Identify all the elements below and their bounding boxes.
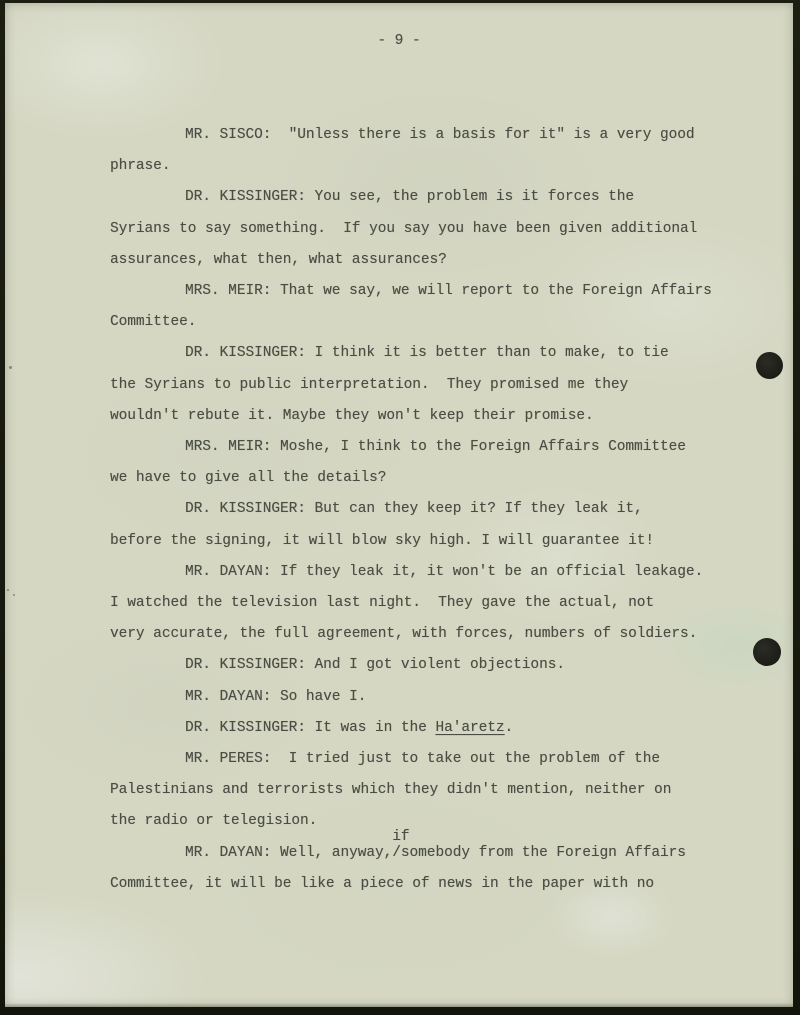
page-number: - 9 - (5, 33, 793, 49)
hole-punch-dot (756, 352, 783, 379)
hole-punch-dot (753, 638, 781, 666)
paragraph-text: DR. KISSINGER: It was in the (185, 720, 435, 736)
paragraph-text: MRS. MEIR: Moshe, I think to the Foreign… (110, 439, 686, 486)
paragraph-text: MR. DAYAN: If they leak it, it won't be … (110, 564, 703, 642)
scan-background: - 9 - MR. SISCO: "Unless there is a basi… (0, 0, 800, 1015)
margin-speck (9, 366, 12, 369)
transcript-paragraph: DR. KISSINGER: It was in the Ha'aretz. (110, 713, 778, 744)
paragraph-text: MR. PERES: I tried just to take out the … (110, 751, 671, 829)
transcript-paragraph: MRS. MEIR: That we say, we will report t… (110, 276, 778, 338)
paragraph-text: MRS. MEIR: That we say, we will report t… (110, 283, 712, 330)
transcript-paragraph: MR. DAYAN: If they leak it, it won't be … (110, 557, 778, 651)
transcript-paragraph: MR. SISCO: "Unless there is a basis for … (110, 120, 778, 182)
transcript-paragraph: DR. KISSINGER: But can they keep it? If … (110, 494, 778, 556)
transcript-paragraph: MR. DAYAN: Well, anyway,if/somebody from… (110, 838, 778, 900)
paragraph-text: DR. KISSINGER: And I got violent objecti… (185, 657, 565, 673)
paragraph-text: DR. KISSINGER: You see, the problem is i… (110, 189, 697, 267)
transcript-paragraph: DR. KISSINGER: I think it is better than… (110, 338, 778, 432)
margin-speck (13, 594, 15, 596)
paragraph-text: MR. DAYAN: So have I. (185, 689, 366, 705)
transcript: MR. SISCO: "Unless there is a basis for … (110, 120, 778, 900)
paragraph-text: DR. KISSINGER: I think it is better than… (110, 345, 669, 423)
transcript-paragraph: DR. KISSINGER: And I got violent objecti… (110, 650, 778, 681)
publication-name: Ha'aretz (435, 720, 504, 736)
margin-speck (7, 589, 9, 591)
transcript-paragraph: MR. DAYAN: So have I. (110, 682, 778, 713)
paragraph-text: MR. DAYAN: Well, anyway, (185, 845, 392, 861)
paragraph-text: DR. KISSINGER: But can they keep it? If … (110, 501, 654, 548)
paragraph-text: . (505, 720, 514, 736)
transcript-paragraph: MR. PERES: I tried just to take out the … (110, 744, 778, 838)
transcript-paragraph: DR. KISSINGER: You see, the problem is i… (110, 182, 778, 276)
paragraph-text: MR. SISCO: "Unless there is a basis for … (110, 127, 695, 174)
document-page: - 9 - MR. SISCO: "Unless there is a basi… (5, 3, 793, 1007)
transcript-paragraph: MRS. MEIR: Moshe, I think to the Foreign… (110, 432, 778, 494)
